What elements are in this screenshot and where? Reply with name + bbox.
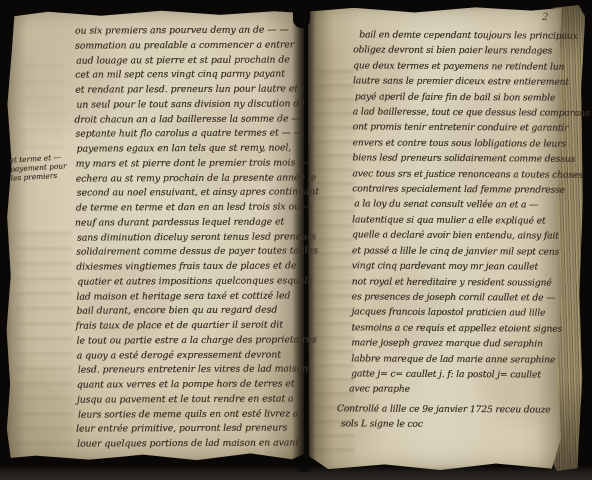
manuscript-line: biens lesd preneurs solidairement comme …	[352, 151, 560, 168]
manuscript-line: ou six premiers ans pourveu demy an de —…	[75, 23, 305, 39]
manuscript-line: a quoy a esté derogé expressement devron…	[77, 348, 307, 364]
manuscript-line: Controllé a lille ce 9e janvier 1725 rec…	[337, 401, 559, 418]
manuscript-line: sans diminution diceluy seront tenus les…	[77, 230, 306, 246]
manuscript-line: dixiesmes vingtiemes frais taux de place…	[76, 259, 306, 275]
manuscript-line: lad maison et heritage sera taxé et cott…	[76, 289, 306, 305]
margin-note: et terme et — payement pour les premiers	[9, 153, 67, 183]
manuscript-line: a la loy du senat consult vellée an et a…	[354, 197, 560, 214]
manuscript-line: marie joseph gravez marque dud seraphin	[351, 335, 559, 352]
manuscript-line: leur entrée primitive, pourront lesd pre…	[76, 422, 307, 438]
manuscript-scan: et terme et — payement pour les premiers…	[0, 0, 592, 480]
manuscript-line: contraires specialement lad femme prendr…	[352, 181, 560, 198]
manuscript-line: vingt cinq pardevant moy mr jean caullet	[352, 258, 560, 275]
manuscript-line: payé aperil de faire fin de bail si bon …	[355, 89, 561, 106]
manuscript-line: leurs sorties de meme quils en ont esté …	[78, 407, 307, 423]
manuscript-line: et passé a lille le cinq de janvier mil …	[352, 243, 560, 260]
manuscript-line: my mars et st pierre dont le premier tro…	[76, 156, 306, 172]
manuscript-line: ont promis tenir entretenir conduire et …	[353, 120, 561, 137]
manuscript-line: obligez devront si bien paier leurs rend…	[353, 43, 561, 60]
manuscript-line: sols L signe le coc	[341, 416, 559, 433]
manuscript-line: solidairement comme dessus de payer tout…	[76, 245, 306, 261]
manuscript-line: labbre mareque de lad marie anne seraphi…	[351, 351, 559, 368]
manuscript-line: echera au st remy prochain de la present…	[76, 171, 306, 187]
manuscript-line: droit chacun an a lad bailleresse la som…	[74, 112, 305, 128]
left-page-text: ou six premiers ans pourveu demy an de —…	[75, 23, 307, 452]
manuscript-line: septante huit flo carolus a quatre terme…	[75, 127, 305, 143]
manuscript-line: es presences de joseph cornil caullet et…	[352, 289, 560, 306]
manuscript-line: jusqu au pavement et le tout rendre en e…	[77, 392, 307, 408]
manuscript-line: quelle a declaré avoir bien entendu, ain…	[352, 228, 560, 245]
manuscript-line: cet an mil sept cens vingt cinq parmy pa…	[75, 68, 305, 84]
page-number: 2	[542, 12, 549, 23]
manuscript-line: avec paraphe	[349, 382, 559, 399]
manuscript-line: lautentique si qua mulier a elle expliqu…	[352, 212, 560, 229]
manuscript-line: quant aux verres et la pompe hors de ter…	[77, 377, 307, 393]
manuscript-line: second au noel ensuivant, et ainsy apres…	[77, 186, 306, 202]
manuscript-line: frais taux de place et de quartier il se…	[75, 318, 306, 334]
manuscript-line: gatte j= c= caullet j. f: la postol j= c…	[351, 366, 559, 383]
manuscript-line: envers et contre tous sous lobligations …	[352, 135, 560, 152]
manuscript-line: avec tous srs et justice renonceans a to…	[352, 166, 560, 183]
manuscript-line: un seul pour le tout sans division ny di…	[76, 97, 305, 113]
manuscript-line: not royal et hereditaire y resident sous…	[352, 274, 560, 291]
manuscript-line: lautre sans le premier diceux estre enti…	[353, 74, 561, 91]
manuscript-line: bail en demte cependant toujours les pri…	[359, 27, 561, 44]
manuscript-line: bail durant, encore bien qu au regard de…	[76, 304, 306, 320]
manuscript-line: louer quelques portions de lad maison en…	[77, 436, 307, 452]
manuscript-line: de terme en terme et dan en an lesd troi…	[76, 200, 306, 216]
manuscript-line: lesd. preneurs entretenir les vitres de …	[78, 363, 307, 379]
manuscript-line: sommation au prealable a commencer a ent…	[75, 38, 305, 54]
manuscript-line: et rendant par lesd. preneurs lun pour l…	[75, 82, 305, 98]
manuscript-line: jacques francois lapostol praticien aud …	[351, 305, 559, 322]
manuscript-line: quatier et autres impositions quelconque…	[77, 274, 306, 290]
manuscript-line: tesmoins a ce requis et appellez etoient…	[351, 320, 559, 337]
manuscript-line: que deux termes et payemens ne retindent…	[353, 58, 561, 75]
manuscript-line: aud louage au st pierre et st paul proch…	[76, 53, 305, 69]
right-page-text: bail en demte cependant toujours les pri…	[351, 27, 561, 433]
manuscript-line: a lad bailleresse, tout ce que dessus le…	[353, 104, 561, 121]
manuscript-line: payemens egaux en lan tels que st remy, …	[76, 141, 305, 157]
manuscript-line: le tout ou partie estre a la charge des …	[77, 333, 307, 349]
manuscript-line: neuf ans durant pardessus lequel rendage…	[75, 215, 306, 231]
